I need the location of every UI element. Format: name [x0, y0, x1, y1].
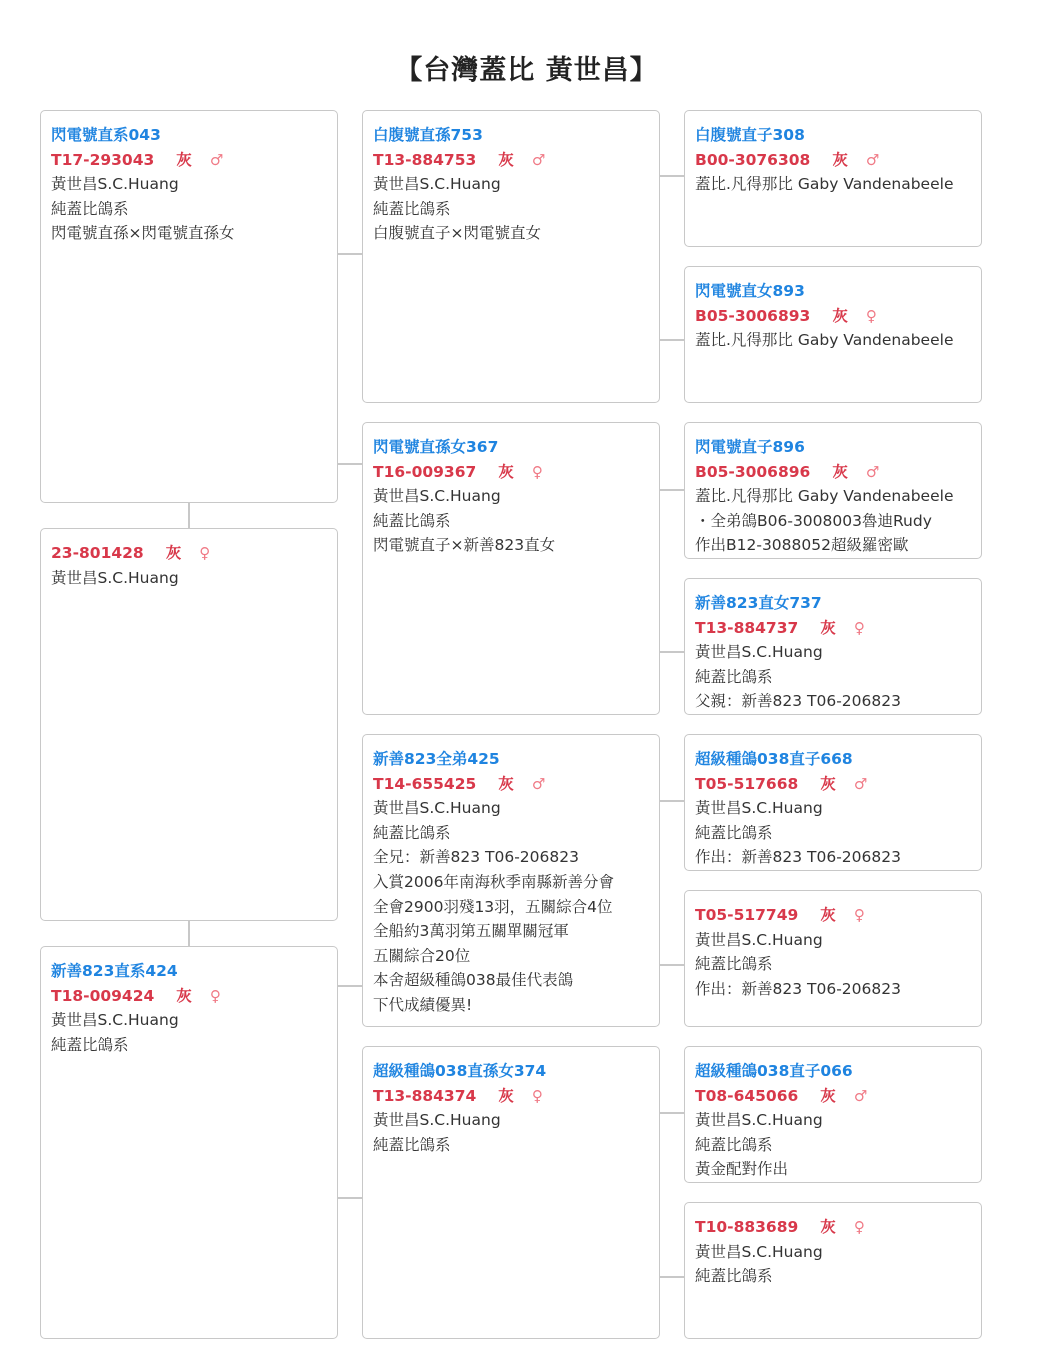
info-line: 純蓋比鴿系 [695, 952, 971, 977]
info-line: 全船約3萬羽第五關單關冠軍 [373, 919, 649, 944]
pigeon-card-gen2: 超級種鴿038直孫女374 T13-884374灰♀ 黃世昌S.C.Huang … [362, 1046, 660, 1339]
ring-row: B05-3006896灰♂ [695, 460, 971, 485]
connector-line [338, 463, 362, 465]
ring-row: B05-3006893灰♀ [695, 304, 971, 329]
pigeon-card-gen3: 白腹號直子308 B00-3076308灰♂ 蓋比.凡得那比 Gaby Vand… [684, 110, 982, 247]
info-line: 下代成績優異! [373, 993, 649, 1018]
male-icon: ♂ [532, 151, 545, 169]
feather-color: 灰 [820, 1218, 836, 1236]
connector-line [660, 1112, 684, 1114]
connector-line [338, 985, 362, 987]
pigeon-name: 超級種鴿038直子066 [695, 1059, 971, 1084]
pigeon-card-gen2: 新善823全弟425 T14-655425灰♂ 黃世昌S.C.Huang 純蓋比… [362, 734, 660, 1027]
info-line: 純蓋比鴿系 [373, 509, 649, 534]
feather-color: 灰 [832, 307, 848, 325]
info-line: 黃世昌S.C.Huang [695, 796, 971, 821]
connector-line [660, 489, 684, 491]
info-line: 純蓋比鴿系 [695, 1264, 971, 1289]
ring-number: T05-517668 [695, 775, 798, 793]
ring-row: T13-884753灰♂ [373, 148, 649, 173]
info-line: 黃世昌S.C.Huang [373, 484, 649, 509]
pigeon-name: 閃電號直子896 [695, 435, 971, 460]
ring-number: B05-3006893 [695, 307, 810, 325]
info-line: 白腹號直子×閃電號直女 [373, 221, 649, 246]
info-line: 閃電號直子×新善823直女 [373, 533, 649, 558]
pigeon-name: 新善823全弟425 [373, 747, 649, 772]
feather-color: 灰 [498, 1087, 514, 1105]
connector-line [338, 253, 362, 255]
info-line: 全兄：新善823 T06-206823 [373, 845, 649, 870]
info-line: 純蓋比鴿系 [695, 1133, 971, 1158]
connector-line [188, 921, 190, 946]
info-line: 黃世昌S.C.Huang [373, 1108, 649, 1133]
feather-color: 灰 [820, 906, 836, 924]
info-line: 作出：新善823 T06-206823 [695, 845, 971, 870]
connector-line [660, 964, 684, 966]
feather-color: 灰 [832, 151, 848, 169]
female-icon: ♀ [866, 307, 877, 325]
ring-row: T10-883689灰♀ [695, 1215, 971, 1240]
ring-row: 23-801428灰♀ [51, 541, 327, 566]
ring-number: T10-883689 [695, 1218, 798, 1236]
male-icon: ♂ [532, 775, 545, 793]
pigeon-card-subject: 23-801428灰♀ 黃世昌S.C.Huang [40, 528, 338, 921]
male-icon: ♂ [210, 151, 223, 169]
female-icon: ♀ [854, 619, 865, 637]
info-line: 蓋比.凡得那比 Gaby Vandenabeele [695, 172, 971, 197]
female-icon: ♀ [532, 463, 543, 481]
male-icon: ♂ [866, 151, 879, 169]
info-line: 蓋比.凡得那比 Gaby Vandenabeele [695, 328, 971, 353]
ring-row: T18-009424灰♀ [51, 984, 327, 1009]
pigeon-card-gen3: 新善823直女737 T13-884737灰♀ 黃世昌S.C.Huang 純蓋比… [684, 578, 982, 715]
ring-number: T14-655425 [373, 775, 476, 793]
ring-row: T08-645066灰♂ [695, 1084, 971, 1109]
ring-row: T05-517668灰♂ [695, 772, 971, 797]
ring-row: B00-3076308灰♂ [695, 148, 971, 173]
pigeon-card-gen3: 超級種鴿038直子668 T05-517668灰♂ 黃世昌S.C.Huang 純… [684, 734, 982, 871]
connector-line [660, 339, 684, 341]
pigeon-name: 新善823直系424 [51, 959, 327, 984]
pigeon-name: 閃電號直女893 [695, 279, 971, 304]
ring-number: T08-645066 [695, 1087, 798, 1105]
feather-color: 灰 [498, 775, 514, 793]
info-line: 全會2900羽殘13羽，五關綜合4位 [373, 895, 649, 920]
connector-line [660, 1276, 684, 1278]
info-line: 黃世昌S.C.Huang [51, 172, 327, 197]
feather-color: 灰 [176, 151, 192, 169]
info-line: 純蓋比鴿系 [51, 1033, 327, 1058]
ring-number: T16-009367 [373, 463, 476, 481]
pigeon-card-gen3: 閃電號直子896 B05-3006896灰♂ 蓋比.凡得那比 Gaby Vand… [684, 422, 982, 559]
pigeon-card-gen3: 超級種鴿038直子066 T08-645066灰♂ 黃世昌S.C.Huang 純… [684, 1046, 982, 1183]
info-line: 黃世昌S.C.Huang [695, 640, 971, 665]
feather-color: 灰 [832, 463, 848, 481]
info-line: 純蓋比鴿系 [695, 665, 971, 690]
connector-line [660, 651, 684, 653]
female-icon: ♀ [532, 1087, 543, 1105]
ring-row: T17-293043灰♂ [51, 148, 327, 173]
pigeon-name: 白腹號直孫753 [373, 123, 649, 148]
info-line: 黃世昌S.C.Huang [51, 1008, 327, 1033]
pigeon-card-sire: 閃電號直系043 T17-293043灰♂ 黃世昌S.C.Huang 純蓋比鴿系… [40, 110, 338, 503]
info-line: 作出B12-3088052超級羅密歐 [695, 533, 971, 558]
female-icon: ♀ [199, 544, 210, 562]
pigeon-card-dam: 新善823直系424 T18-009424灰♀ 黃世昌S.C.Huang 純蓋比… [40, 946, 338, 1339]
info-line: 入賞2006年南海秋季南縣新善分會 [373, 870, 649, 895]
pigeon-card-gen3: T05-517749灰♀ 黃世昌S.C.Huang 純蓋比鴿系 作出：新善823… [684, 890, 982, 1027]
info-line: 本舍超級種鴿038最佳代表鴿 [373, 968, 649, 993]
female-icon: ♀ [210, 987, 221, 1005]
pigeon-name: 閃電號直系043 [51, 123, 327, 148]
pigeon-card-gen3: 閃電號直女893 B05-3006893灰♀ 蓋比.凡得那比 Gaby Vand… [684, 266, 982, 403]
info-line: 黃世昌S.C.Huang [695, 1240, 971, 1265]
pigeon-name: 閃電號直孫女367 [373, 435, 649, 460]
info-line: 黃金配對作出 [695, 1157, 971, 1182]
pigeon-card-gen2: 白腹號直孫753 T13-884753灰♂ 黃世昌S.C.Huang 純蓋比鴿系… [362, 110, 660, 403]
female-icon: ♀ [854, 906, 865, 924]
info-line: 黃世昌S.C.Huang [695, 1108, 971, 1133]
ring-row: T13-884737灰♀ [695, 616, 971, 641]
page-title: 【台灣蓋比 黃世昌】 [0, 48, 1053, 87]
info-line: 父親：新善823 T06-206823 [695, 689, 971, 714]
feather-color: 灰 [820, 775, 836, 793]
ring-row: T13-884374灰♀ [373, 1084, 649, 1109]
ring-row: T14-655425灰♂ [373, 772, 649, 797]
ring-number: T17-293043 [51, 151, 154, 169]
info-line: 黃世昌S.C.Huang [695, 928, 971, 953]
info-line: 黃世昌S.C.Huang [373, 796, 649, 821]
info-line: 純蓋比鴿系 [695, 821, 971, 846]
ring-number: T05-517749 [695, 906, 798, 924]
pigeon-card-gen2: 閃電號直孫女367 T16-009367灰♀ 黃世昌S.C.Huang 純蓋比鴿… [362, 422, 660, 715]
ring-number: T13-884737 [695, 619, 798, 637]
male-icon: ♂ [854, 1087, 867, 1105]
info-line: ・全弟鴿B06-3008003魯迪Rudy [695, 509, 971, 534]
feather-color: 灰 [820, 1087, 836, 1105]
info-line: 五關綜合20位 [373, 944, 649, 969]
pigeon-card-gen3: T10-883689灰♀ 黃世昌S.C.Huang 純蓋比鴿系 [684, 1202, 982, 1339]
pigeon-name: 超級種鴿038直子668 [695, 747, 971, 772]
connector-line [338, 1197, 362, 1199]
info-line: 純蓋比鴿系 [51, 197, 327, 222]
info-line: 純蓋比鴿系 [373, 821, 649, 846]
info-line: 黃世昌S.C.Huang [51, 566, 327, 591]
info-line: 作出：新善823 T06-206823 [695, 977, 971, 1002]
pigeon-name: 新善823直女737 [695, 591, 971, 616]
female-icon: ♀ [854, 1218, 865, 1236]
feather-color: 灰 [498, 463, 514, 481]
ring-row: T16-009367灰♀ [373, 460, 649, 485]
info-line: 蓋比.凡得那比 Gaby Vandenabeele [695, 484, 971, 509]
feather-color: 灰 [498, 151, 514, 169]
feather-color: 灰 [820, 619, 836, 637]
ring-number: T13-884753 [373, 151, 476, 169]
connector-line [660, 800, 684, 802]
ring-number: T18-009424 [51, 987, 154, 1005]
info-line: 黃世昌S.C.Huang [373, 172, 649, 197]
connector-line [188, 503, 190, 528]
ring-number: B00-3076308 [695, 151, 810, 169]
pigeon-name: 超級種鴿038直孫女374 [373, 1059, 649, 1084]
ring-row: T05-517749灰♀ [695, 903, 971, 928]
ring-number: B05-3006896 [695, 463, 810, 481]
info-line: 純蓋比鴿系 [373, 197, 649, 222]
pigeon-name: 白腹號直子308 [695, 123, 971, 148]
info-line: 純蓋比鴿系 [373, 1133, 649, 1158]
info-line: 閃電號直孫×閃電號直孫女 [51, 221, 327, 246]
feather-color: 灰 [166, 544, 182, 562]
connector-line [660, 175, 684, 177]
ring-number: 23-801428 [51, 544, 144, 562]
feather-color: 灰 [176, 987, 192, 1005]
male-icon: ♂ [854, 775, 867, 793]
male-icon: ♂ [866, 463, 879, 481]
ring-number: T13-884374 [373, 1087, 476, 1105]
